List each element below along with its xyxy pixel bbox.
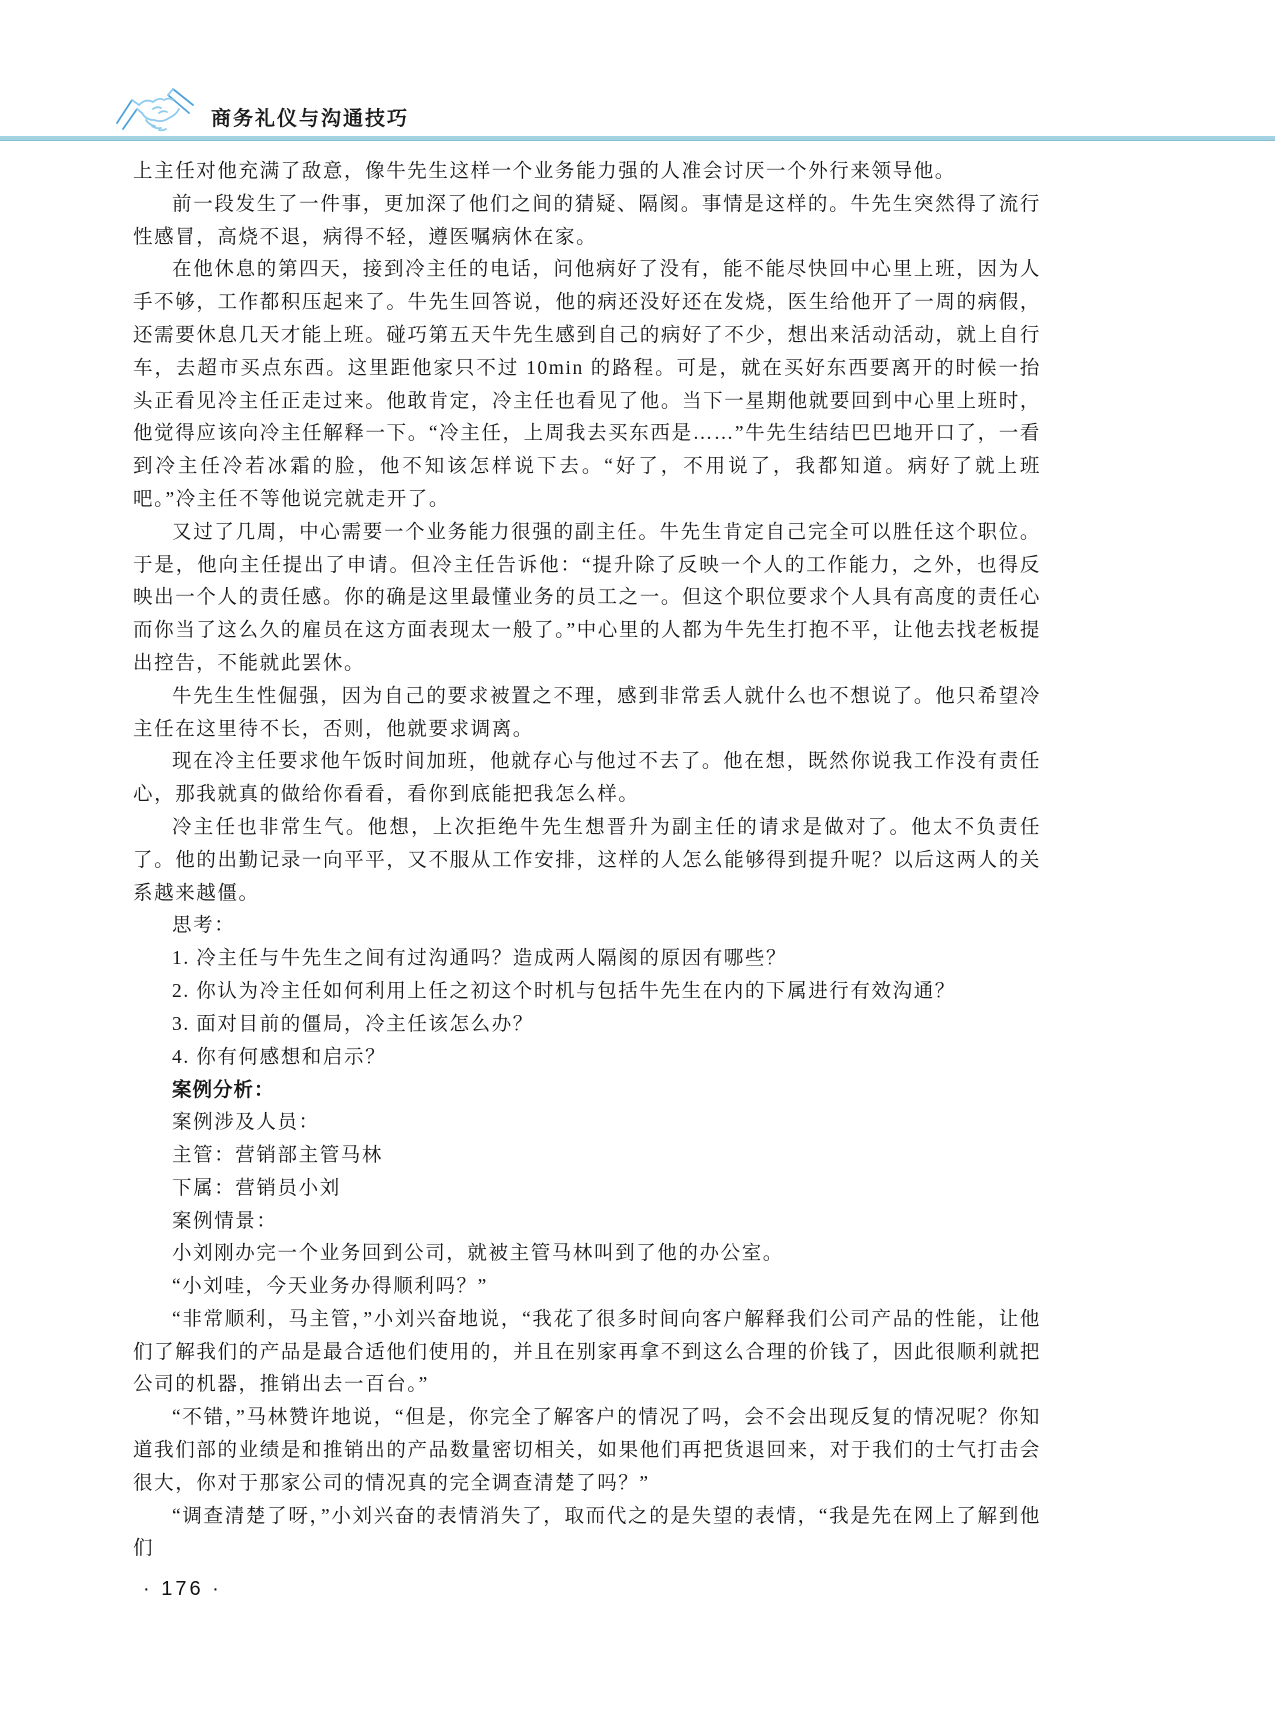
paragraph: 案例情景：	[133, 1206, 1041, 1239]
paragraph: “不错，”马林赞许地说，“但是，你完全了解客户的情况了吗，会不会出现反复的情况呢…	[133, 1402, 1041, 1500]
header-title: 商务礼仪与沟通技巧	[211, 102, 409, 133]
paragraph: 在他休息的第四天，接到冷主任的电话，问他病好了没有，能不能尽快回中心里上班，因为…	[133, 254, 1041, 516]
paragraph: “非常顺利，马主管，”小刘兴奋地说，“我花了很多时间向客户解释我们公司产品的性能…	[133, 1304, 1041, 1402]
header-row: 商务礼仪与沟通技巧	[115, 85, 409, 133]
paragraph: 现在冷主任要求他午饭时间加班，他就存心与他过不去了。他在想，既然你说我工作没有责…	[133, 746, 1041, 812]
paragraph: 思考：	[133, 910, 1041, 943]
body-text: 上主任对他充满了敌意，像牛先生这样一个业务能力强的人准会讨厌一个外行来领导他。前…	[133, 156, 1041, 1566]
paragraph: 前一段发生了一件事，更加深了他们之间的猜疑、隔阂。事情是这样的。牛先生突然得了流…	[133, 189, 1041, 255]
handshake-icon	[115, 83, 195, 133]
paragraph: 4. 你有何感想和启示？	[133, 1042, 1041, 1075]
paragraph: 牛先生生性倔强，因为自己的要求被置之不理，感到非常丢人就什么也不想说了。他只希望…	[133, 681, 1041, 747]
paragraph: “小刘哇，今天业务办得顺利吗？”	[133, 1271, 1041, 1304]
paragraph: 案例涉及人员：	[133, 1107, 1041, 1140]
paragraph: 小刘刚办完一个业务回到公司，就被主管马林叫到了他的办公室。	[133, 1238, 1041, 1271]
paragraph: 主管：营销部主管马林	[133, 1140, 1041, 1173]
page-number: · 176 ·	[143, 1578, 222, 1601]
paragraph: 1. 冷主任与牛先生之间有过沟通吗？造成两人隔阂的原因有哪些？	[133, 943, 1041, 976]
paragraph: 3. 面对目前的僵局，冷主任该怎么办？	[133, 1009, 1041, 1042]
paragraph: 又过了几周，中心需要一个业务能力很强的副主任。牛先生肯定自己完全可以胜任这个职位…	[133, 517, 1041, 681]
header-rule	[0, 136, 1275, 141]
paragraph: 下属：营销员小刘	[133, 1173, 1041, 1206]
book-page: 商务礼仪与沟通技巧 上主任对他充满了敌意，像牛先生这样一个业务能力强的人准会讨厌…	[0, 0, 1275, 1718]
paragraph: 冷主任也非常生气。他想，上次拒绝牛先生想晋升为副主任的请求是做对了。他太不负责任…	[133, 812, 1041, 910]
paragraph: 上主任对他充满了敌意，像牛先生这样一个业务能力强的人准会讨厌一个外行来领导他。	[133, 156, 1041, 189]
paragraph: “调查清楚了呀，”小刘兴奋的表情消失了，取而代之的是失望的表情，“我是先在网上了…	[133, 1501, 1041, 1567]
paragraph: 案例分析：	[133, 1074, 1041, 1107]
paragraph: 2. 你认为冷主任如何利用上任之初这个时机与包括牛先生在内的下属进行有效沟通？	[133, 976, 1041, 1009]
